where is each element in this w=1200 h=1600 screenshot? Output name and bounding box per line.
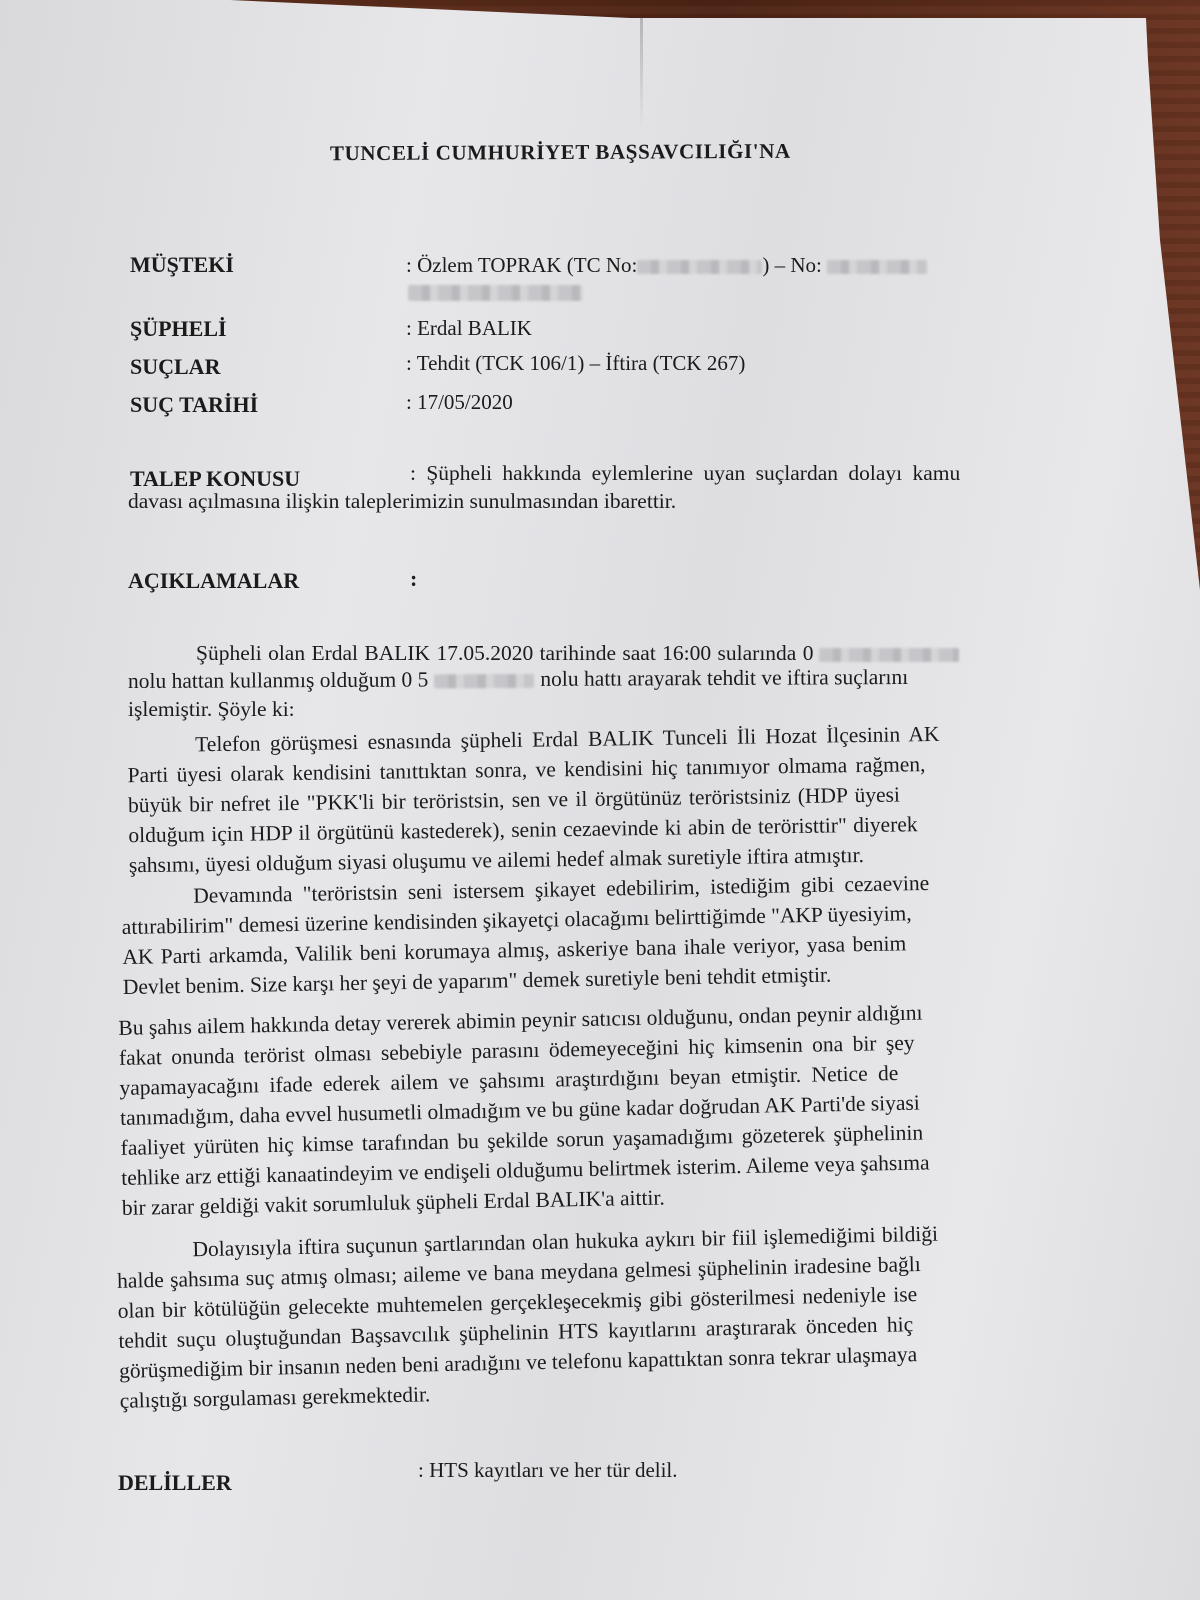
paragraph-4: Bu şahıs ailem hakkında detay vererek ab…: [118, 995, 1052, 1223]
redacted-tc-no: [637, 260, 762, 274]
aciklamalar-label: AÇIKLAMALAR: [128, 568, 299, 594]
musteki-label: MÜŞTEKİ: [130, 252, 234, 278]
suclar-label: SUÇLAR: [130, 354, 220, 380]
suc-tarihi-label: SUÇ TARİHİ: [130, 392, 258, 418]
redacted-phone-2: [434, 674, 534, 689]
aciklamalar-colon: :: [410, 566, 417, 592]
redacted-no: [827, 260, 927, 274]
musteki-value-line2: [408, 284, 583, 302]
supheli-value: : Erdal BALIK: [406, 316, 532, 341]
musteki-name: : Özlem TOPRAK (TC No:: [406, 253, 637, 277]
deliller-label: DELİLLER: [118, 1470, 232, 1496]
paragraph-5: Dolayısıyla iftira suçunun şartlarından …: [116, 1216, 1060, 1416]
supheli-label: ŞÜPHELİ: [130, 316, 227, 342]
redacted-address: [408, 285, 583, 301]
document-title: TUNCELİ CUMHURİYET BAŞSAVCILIĞI'NA: [330, 139, 791, 166]
suclar-value: : Tehdit (TCK 106/1) – İftira (TCK 267): [406, 351, 745, 376]
deliller-value: : HTS kayıtları ve her tür delil.: [418, 1458, 678, 1483]
suc-tarihi-value: : 17/05/2020: [406, 390, 513, 415]
paragraph-2: Telefon görüşmesi esnasında şüpheli Erda…: [127, 718, 1029, 881]
paragraph-3: Devamında "teröristsin seni istersem şik…: [121, 866, 1043, 1002]
paragraph-1-line-3: işlemiştir. Şöyle ki:: [128, 694, 295, 724]
talep-konusu-line2: davası açılmasına ilişkin taleplerimizin…: [128, 486, 676, 516]
musteki-value: : Özlem TOPRAK (TC No:) – No:: [406, 253, 927, 278]
paper-fold: [640, 18, 643, 128]
paragraph-1-line-2: nolu hattan kullanmış olduğum 0 5nolu ha…: [128, 662, 908, 696]
talep-konusu-line1: : Şüpheli hakkında eylemlerine uyan suçl…: [410, 458, 960, 488]
redacted-phone-1: [819, 648, 959, 662]
musteki-no-label: ) – No:: [762, 253, 822, 277]
